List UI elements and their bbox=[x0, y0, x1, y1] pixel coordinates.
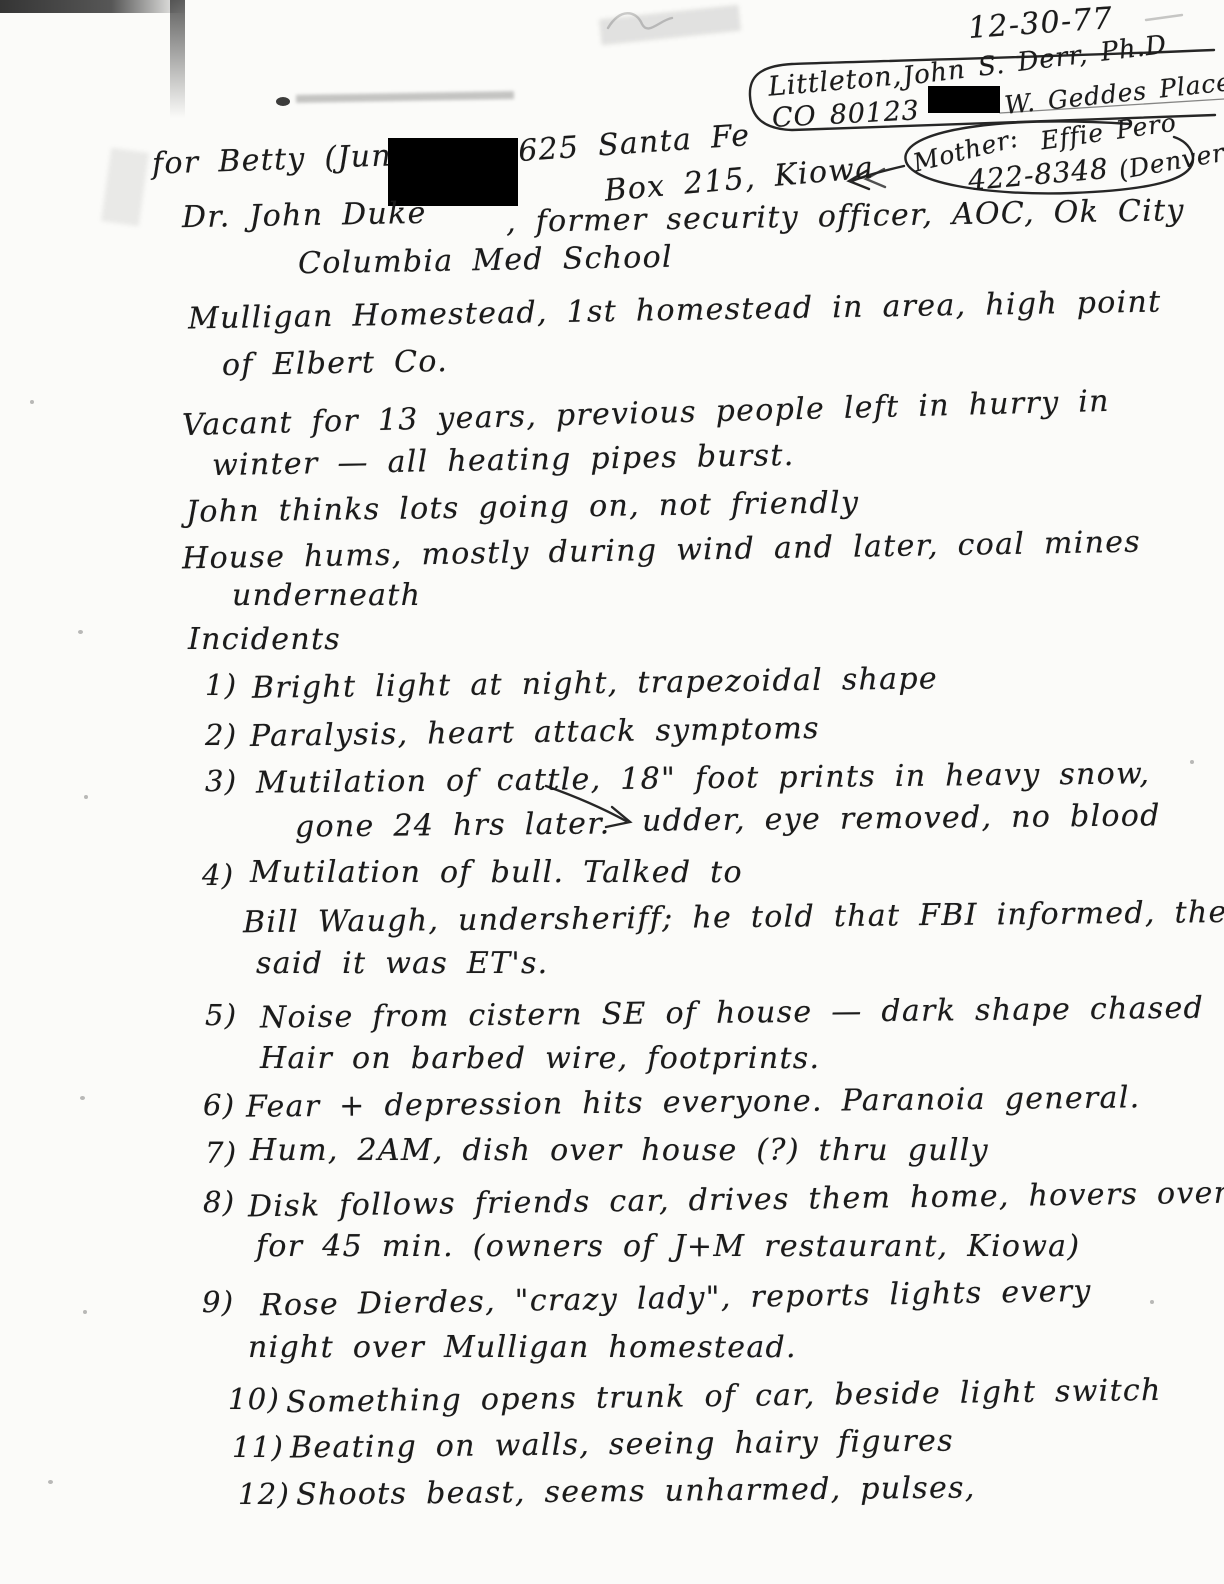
note-line: underneath bbox=[232, 578, 421, 613]
note-line: of Elbert Co. bbox=[222, 344, 449, 383]
incident-line: Rose Dierdes, "crazy lady", reports ligh… bbox=[260, 1274, 1092, 1324]
scanned-page: 12-30-77 Littleton, CO 80123 John S. Der… bbox=[0, 0, 1224, 1584]
incident-line: Noise from cistern SE of house — dark sh… bbox=[260, 989, 1224, 1035]
incident-line: gone 24 hrs later. bbox=[295, 806, 611, 844]
incident-line: Bright light at night, trapezoidal shape bbox=[252, 661, 938, 706]
incident-line: Beating on walls, seeing hairy figures bbox=[290, 1424, 954, 1466]
incident-line: Hum, 2AM, dish over house (?) thru gully bbox=[250, 1133, 989, 1168]
scan-speck bbox=[30, 400, 34, 404]
incident-line: Disk follows friends car, drives them ho… bbox=[248, 1175, 1224, 1225]
incident-line: Mutilation of bull. Talked to bbox=[250, 855, 743, 890]
note-line: House hums, mostly during wind and later… bbox=[182, 525, 1141, 577]
incident-line: Hair on barbed wire, footprints. bbox=[260, 1041, 820, 1076]
incident-line: Bill Waugh, undersheriff; he told that F… bbox=[243, 895, 1224, 940]
incident-number: 4) bbox=[202, 858, 234, 892]
note-line: Vacant for 13 years, previous people lef… bbox=[182, 384, 1111, 443]
note-line: John thinks lots going on, not friendly bbox=[186, 485, 860, 529]
header-line1-address: 625 Santa Fe bbox=[517, 118, 751, 169]
incident-line: udder, eye removed, no blood bbox=[642, 798, 1161, 838]
header-line4: Columbia Med School bbox=[298, 240, 673, 282]
scan-speck bbox=[1190, 760, 1194, 764]
incident-line: Paralysis, heart attack symptoms bbox=[250, 711, 820, 754]
incident-number: 12) bbox=[238, 1477, 290, 1511]
incident-line: night over Mulligan homestead. bbox=[248, 1330, 797, 1365]
note-line: winter — all heating pipes burst. bbox=[212, 438, 795, 483]
scan-speck bbox=[78, 630, 83, 634]
header-line3-name: Dr. John Duke bbox=[182, 196, 427, 235]
address-box-zip: CO 80123 bbox=[771, 95, 920, 134]
incident-line: said it was ET's. bbox=[256, 946, 549, 981]
incident-number: 5) bbox=[205, 998, 237, 1032]
scan-speck bbox=[80, 1096, 85, 1100]
scan-streak bbox=[296, 91, 514, 103]
phone-note: (Denver) bbox=[1116, 136, 1224, 185]
scan-speck bbox=[84, 795, 88, 799]
incident-number: 1) bbox=[205, 668, 237, 702]
incident-number: 6) bbox=[203, 1088, 235, 1122]
incident-number: 8) bbox=[203, 1185, 235, 1219]
scan-speck bbox=[1150, 1300, 1154, 1304]
incident-line: Fear + depression hits everyone. Paranoi… bbox=[246, 1080, 1141, 1124]
scan-corner-artifact-vertical bbox=[170, 0, 185, 118]
edge-dash bbox=[1146, 15, 1182, 20]
incidents-heading: Incidents bbox=[188, 622, 341, 657]
scan-streak-2 bbox=[599, 5, 741, 45]
header-line1-lead: for Betty (June) bbox=[151, 137, 424, 181]
scan-corner-artifact-horizontal bbox=[0, 0, 186, 13]
note-line: Mulligan Homestead, 1st homestead in are… bbox=[188, 285, 1162, 337]
incident-line: Shoots beast, seems unharmed, pulses, bbox=[296, 1470, 976, 1512]
incident-number: 3) bbox=[205, 764, 237, 798]
scan-speck bbox=[83, 1310, 87, 1314]
scan-smudge bbox=[101, 148, 149, 227]
scan-ink-dot bbox=[276, 97, 290, 106]
incident-line: Mutilation of cattle, 18" foot prints in… bbox=[256, 756, 1151, 800]
incident-number: 7) bbox=[205, 1136, 237, 1170]
incident-number: 2) bbox=[205, 718, 237, 752]
scan-speck bbox=[48, 1480, 53, 1484]
corner-squiggle bbox=[608, 13, 672, 28]
redaction-box-1 bbox=[928, 86, 1000, 113]
incident-number: 9) bbox=[202, 1285, 234, 1319]
incident-line: for 45 min. (owners of J+M restaurant, K… bbox=[256, 1229, 1080, 1264]
incident-line: Something opens trunk of car, beside lig… bbox=[286, 1373, 1162, 1420]
incident-number: 10) bbox=[228, 1382, 280, 1416]
incident-number: 11) bbox=[232, 1430, 284, 1464]
